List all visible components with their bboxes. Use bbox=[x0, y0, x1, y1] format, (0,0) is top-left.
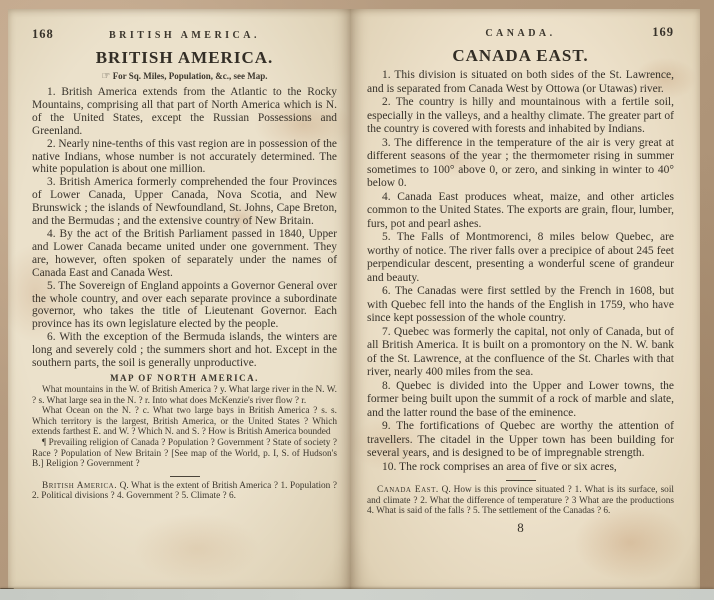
paragraph: 1. This division is situated on both sid… bbox=[367, 69, 674, 96]
page-left: 168 BRITISH AMERICA. BRITISH AMERICA. ☞ … bbox=[8, 9, 351, 589]
question-paragraph: ¶ Prevailing religion of Canada ? Popula… bbox=[32, 438, 337, 470]
manicule-icon: ☞ bbox=[101, 71, 110, 82]
signature-mark: 8 bbox=[367, 520, 674, 536]
page-title-left: BRITISH AMERICA. bbox=[32, 48, 337, 68]
scanner-bed-strip bbox=[0, 589, 714, 600]
paragraph: 1. British America extends from the Atla… bbox=[32, 86, 337, 138]
footnote-rule-right bbox=[506, 480, 536, 481]
paragraph: 4. By the act of the British Parliament … bbox=[32, 228, 337, 280]
footnote-right: Canada East. Q. How is this province sit… bbox=[367, 485, 674, 517]
map-note-text: For Sq. Miles, Population, &c., see Map. bbox=[113, 71, 268, 81]
page-number-right: 169 bbox=[622, 25, 674, 40]
paragraph: 7. Quebec was formerly the capital, not … bbox=[367, 326, 674, 380]
page-header-left: 168 BRITISH AMERICA. bbox=[32, 27, 337, 42]
footnote-rule-left bbox=[170, 476, 200, 477]
section-heading-map: MAP OF NORTH AMERICA. bbox=[32, 373, 337, 383]
book-scan-background: 168 BRITISH AMERICA. BRITISH AMERICA. ☞ … bbox=[0, 0, 714, 600]
paragraph: 9. The fortifications of Quebec are wort… bbox=[367, 420, 674, 461]
paragraph: 5. The Sovereign of England appoints a G… bbox=[32, 280, 337, 332]
page-header-right: CANADA. 169 bbox=[367, 25, 674, 40]
questions-left: What mountains in the W. of British Amer… bbox=[32, 385, 337, 470]
paragraph: 2. The country is hilly and mountainous … bbox=[367, 96, 674, 137]
footnote-lead-left: British America. bbox=[42, 481, 117, 491]
paragraph: 5. The Falls of Montmorenci, 8 miles bel… bbox=[367, 231, 674, 285]
body-text-right: 1. This division is situated on both sid… bbox=[367, 69, 674, 474]
footnote-left: British America. Q. What is the extent o… bbox=[32, 481, 337, 502]
paragraph: 3. The difference in the temperature of … bbox=[367, 137, 674, 191]
paragraph: 8. Quebec is divided into the Upper and … bbox=[367, 380, 674, 421]
running-head-left: BRITISH AMERICA. bbox=[84, 30, 285, 41]
running-head-right: CANADA. bbox=[419, 28, 622, 39]
paragraph: 6. With the exception of the Bermuda isl… bbox=[32, 331, 337, 370]
page-right: CANADA. 169 CANADA EAST. 1. This divisio… bbox=[351, 9, 700, 589]
paragraph: 3. British America formerly comprehended… bbox=[32, 176, 337, 228]
question-paragraph: What Ocean on the N. ? c. What two large… bbox=[32, 406, 337, 438]
paragraph: 4. Canada East produces wheat, maize, an… bbox=[367, 191, 674, 232]
map-note: ☞ For Sq. Miles, Population, &c., see Ma… bbox=[32, 71, 337, 82]
footnote-lead-right: Canada East. bbox=[377, 485, 439, 495]
paragraph: 10. The rock comprises an area of five o… bbox=[367, 461, 674, 475]
paragraph: 2. Nearly nine-tenths of this vast regio… bbox=[32, 138, 337, 177]
body-text-left: 1. British America extends from the Atla… bbox=[32, 86, 337, 370]
paragraph: 6. The Canadas were first settled by the… bbox=[367, 285, 674, 326]
question-paragraph: What mountains in the W. of British Amer… bbox=[32, 385, 337, 406]
page-title-right: CANADA EAST. bbox=[367, 46, 674, 66]
page-number-left: 168 bbox=[32, 27, 84, 42]
